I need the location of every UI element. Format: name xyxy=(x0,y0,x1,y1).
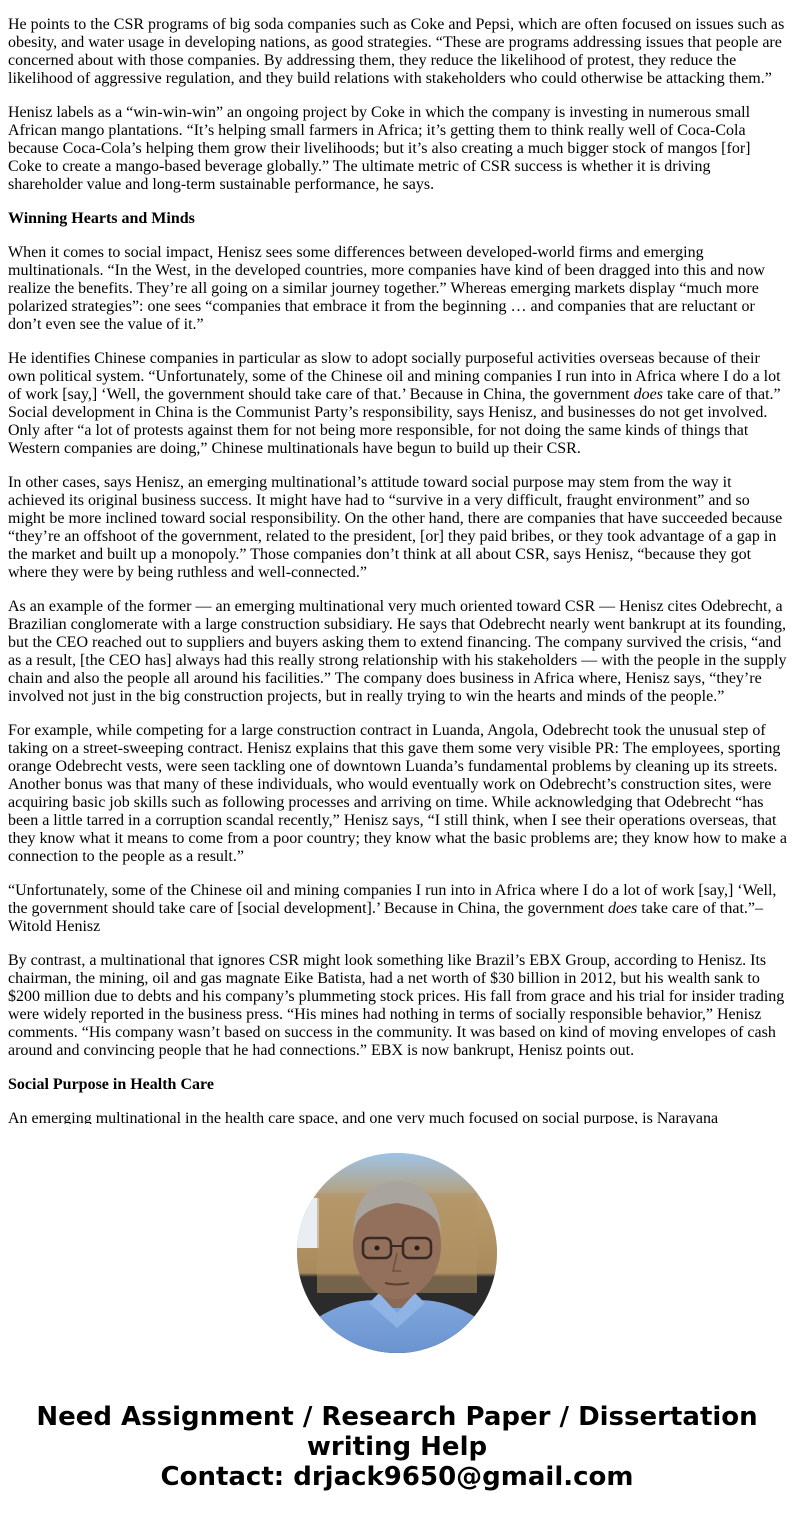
paragraph-social-impact: When it comes to social impact, Henisz s… xyxy=(8,244,788,334)
promo-message: Need Assignment / Research Paper / Disse… xyxy=(0,1402,794,1492)
promo-line-services: Need Assignment / Research Paper / Disse… xyxy=(0,1402,794,1432)
paragraph-other-cases: In other cases, says Henisz, an emerging… xyxy=(8,474,788,582)
contact-promo-banner: Need Assignment / Research Paper / Disse… xyxy=(0,1124,794,1523)
promo-contact-email[interactable]: Contact: drjack9650@gmail.com xyxy=(0,1462,794,1492)
section-heading-winning-hearts: Winning Hearts and Minds xyxy=(8,210,788,228)
section-heading-health-care: Social Purpose in Health Care xyxy=(8,1076,788,1094)
paragraph-mango-project: Henisz labels as a “win-win-win” an ongo… xyxy=(8,104,788,194)
pull-quote: “Unfortunately, some of the Chinese oil … xyxy=(8,882,788,936)
paragraph-odebrecht: As an example of the former — an emergin… xyxy=(8,598,788,706)
paragraph-luanda-example: For example, while competing for a large… xyxy=(8,722,788,866)
paragraph-soda-csr: He points to the CSR programs of big sod… xyxy=(8,16,788,88)
avatar xyxy=(297,1153,497,1353)
portrait-image-icon xyxy=(297,1153,497,1353)
paragraph-chinese-companies: He identifies Chinese companies in parti… xyxy=(8,350,788,458)
paragraph-health-care-clipped: An emerging multinational in the health … xyxy=(8,1110,788,1124)
paragraph-ebx-group: By contrast, a multinational that ignore… xyxy=(8,952,788,1060)
promo-line-help: writing Help xyxy=(0,1432,794,1462)
article-body: least partly … and well-run private sect… xyxy=(8,0,788,1124)
